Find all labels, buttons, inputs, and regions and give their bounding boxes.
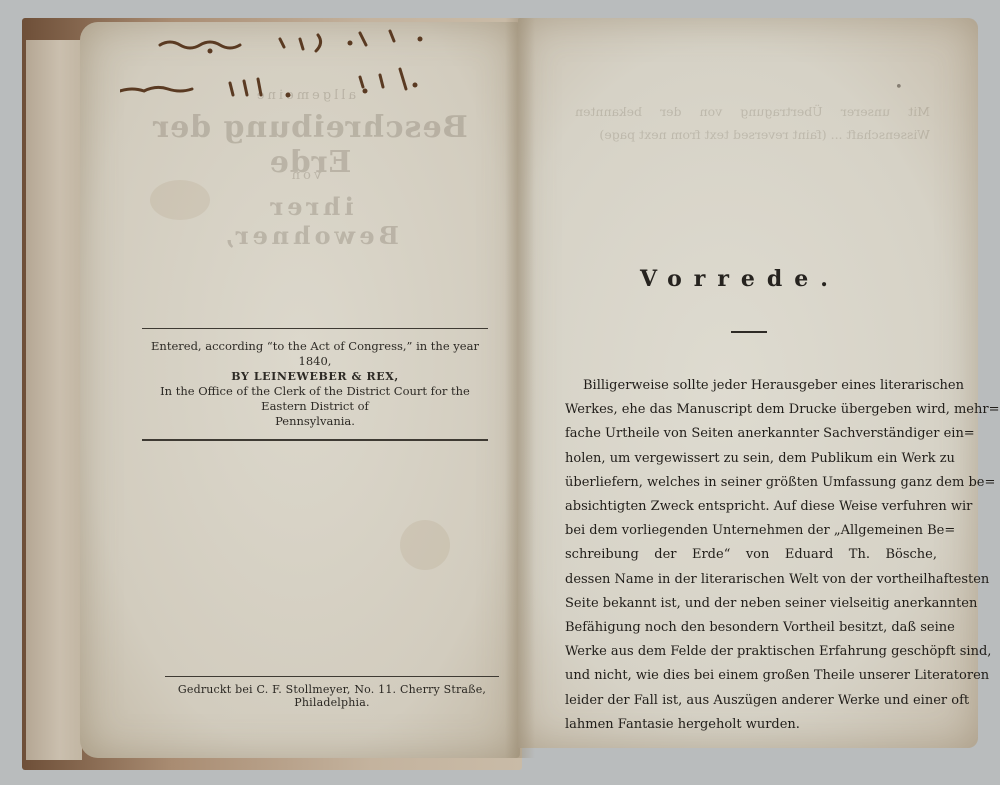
text-line: Befähigung noch den besondern Vortheil b… bbox=[565, 616, 937, 640]
text-line: leider der Fall ist, aus Auszügen andere… bbox=[565, 689, 937, 713]
text-line: überliefern, welches in seiner größten U… bbox=[565, 471, 937, 495]
text-line: absichtigten Zweck entspricht. Auf diese… bbox=[565, 495, 937, 519]
text-line: dessen Name in der literarischen Welt vo… bbox=[565, 568, 937, 592]
handwriting-strokes bbox=[120, 25, 500, 115]
text-line: holen, um vergewissert zu sein, dem Publ… bbox=[565, 447, 937, 471]
copyright-publisher: BY LEINEWEBER & REX, bbox=[142, 369, 488, 384]
heading-rule bbox=[731, 331, 767, 333]
copyright-entered-line: Entered, according “to the Act of Congre… bbox=[142, 339, 488, 369]
text-line: bei dem vorliegenden Unternehmen der „Al… bbox=[565, 519, 937, 543]
text-line: Werkes, ehe das Manuscript dem Drucke üb… bbox=[565, 398, 937, 422]
cover-endpaper-fold bbox=[26, 40, 82, 760]
page-number-ghost: • bbox=[895, 80, 903, 95]
copyright-notice: Entered, according “to the Act of Congre… bbox=[142, 328, 488, 441]
text-line: Werke aus dem Felde der praktischen Erfa… bbox=[565, 640, 937, 664]
paper-stain bbox=[400, 520, 450, 570]
book-gutter bbox=[505, 18, 535, 758]
preface-paragraph: Billigerweise sollte jeder Herausgeber e… bbox=[565, 374, 937, 737]
bleed-through-subtitle: ihrer Bewohner, bbox=[180, 192, 440, 250]
text-line: lahmen Fantasie hergeholt wurden. bbox=[565, 713, 937, 737]
text-line: fache Urtheile von Seiten anerkannter Sa… bbox=[565, 422, 937, 446]
bleed-through-text: Mit unserer Übertragung von der bekannte… bbox=[575, 100, 930, 146]
text-line: Seite bekannt ist, und der neben seiner … bbox=[565, 592, 937, 616]
text-line: und nicht, wie dies bei einem großen The… bbox=[565, 664, 937, 688]
printer-imprint: Gedruckt bei C. F. Stollmeyer, No. 11. C… bbox=[165, 676, 499, 709]
text-line: Billigerweise sollte jeder Herausgeber e… bbox=[565, 374, 937, 398]
preface-heading: Vorrede. bbox=[600, 266, 880, 292]
copyright-office-line: In the Office of the Clerk of the Distri… bbox=[142, 384, 488, 414]
copyright-state: Pennsylvania. bbox=[142, 414, 488, 429]
bleed-through-text: von bbox=[285, 168, 325, 183]
text-line: schreibung der Erde“ von Eduard Th. Bösc… bbox=[565, 543, 937, 567]
